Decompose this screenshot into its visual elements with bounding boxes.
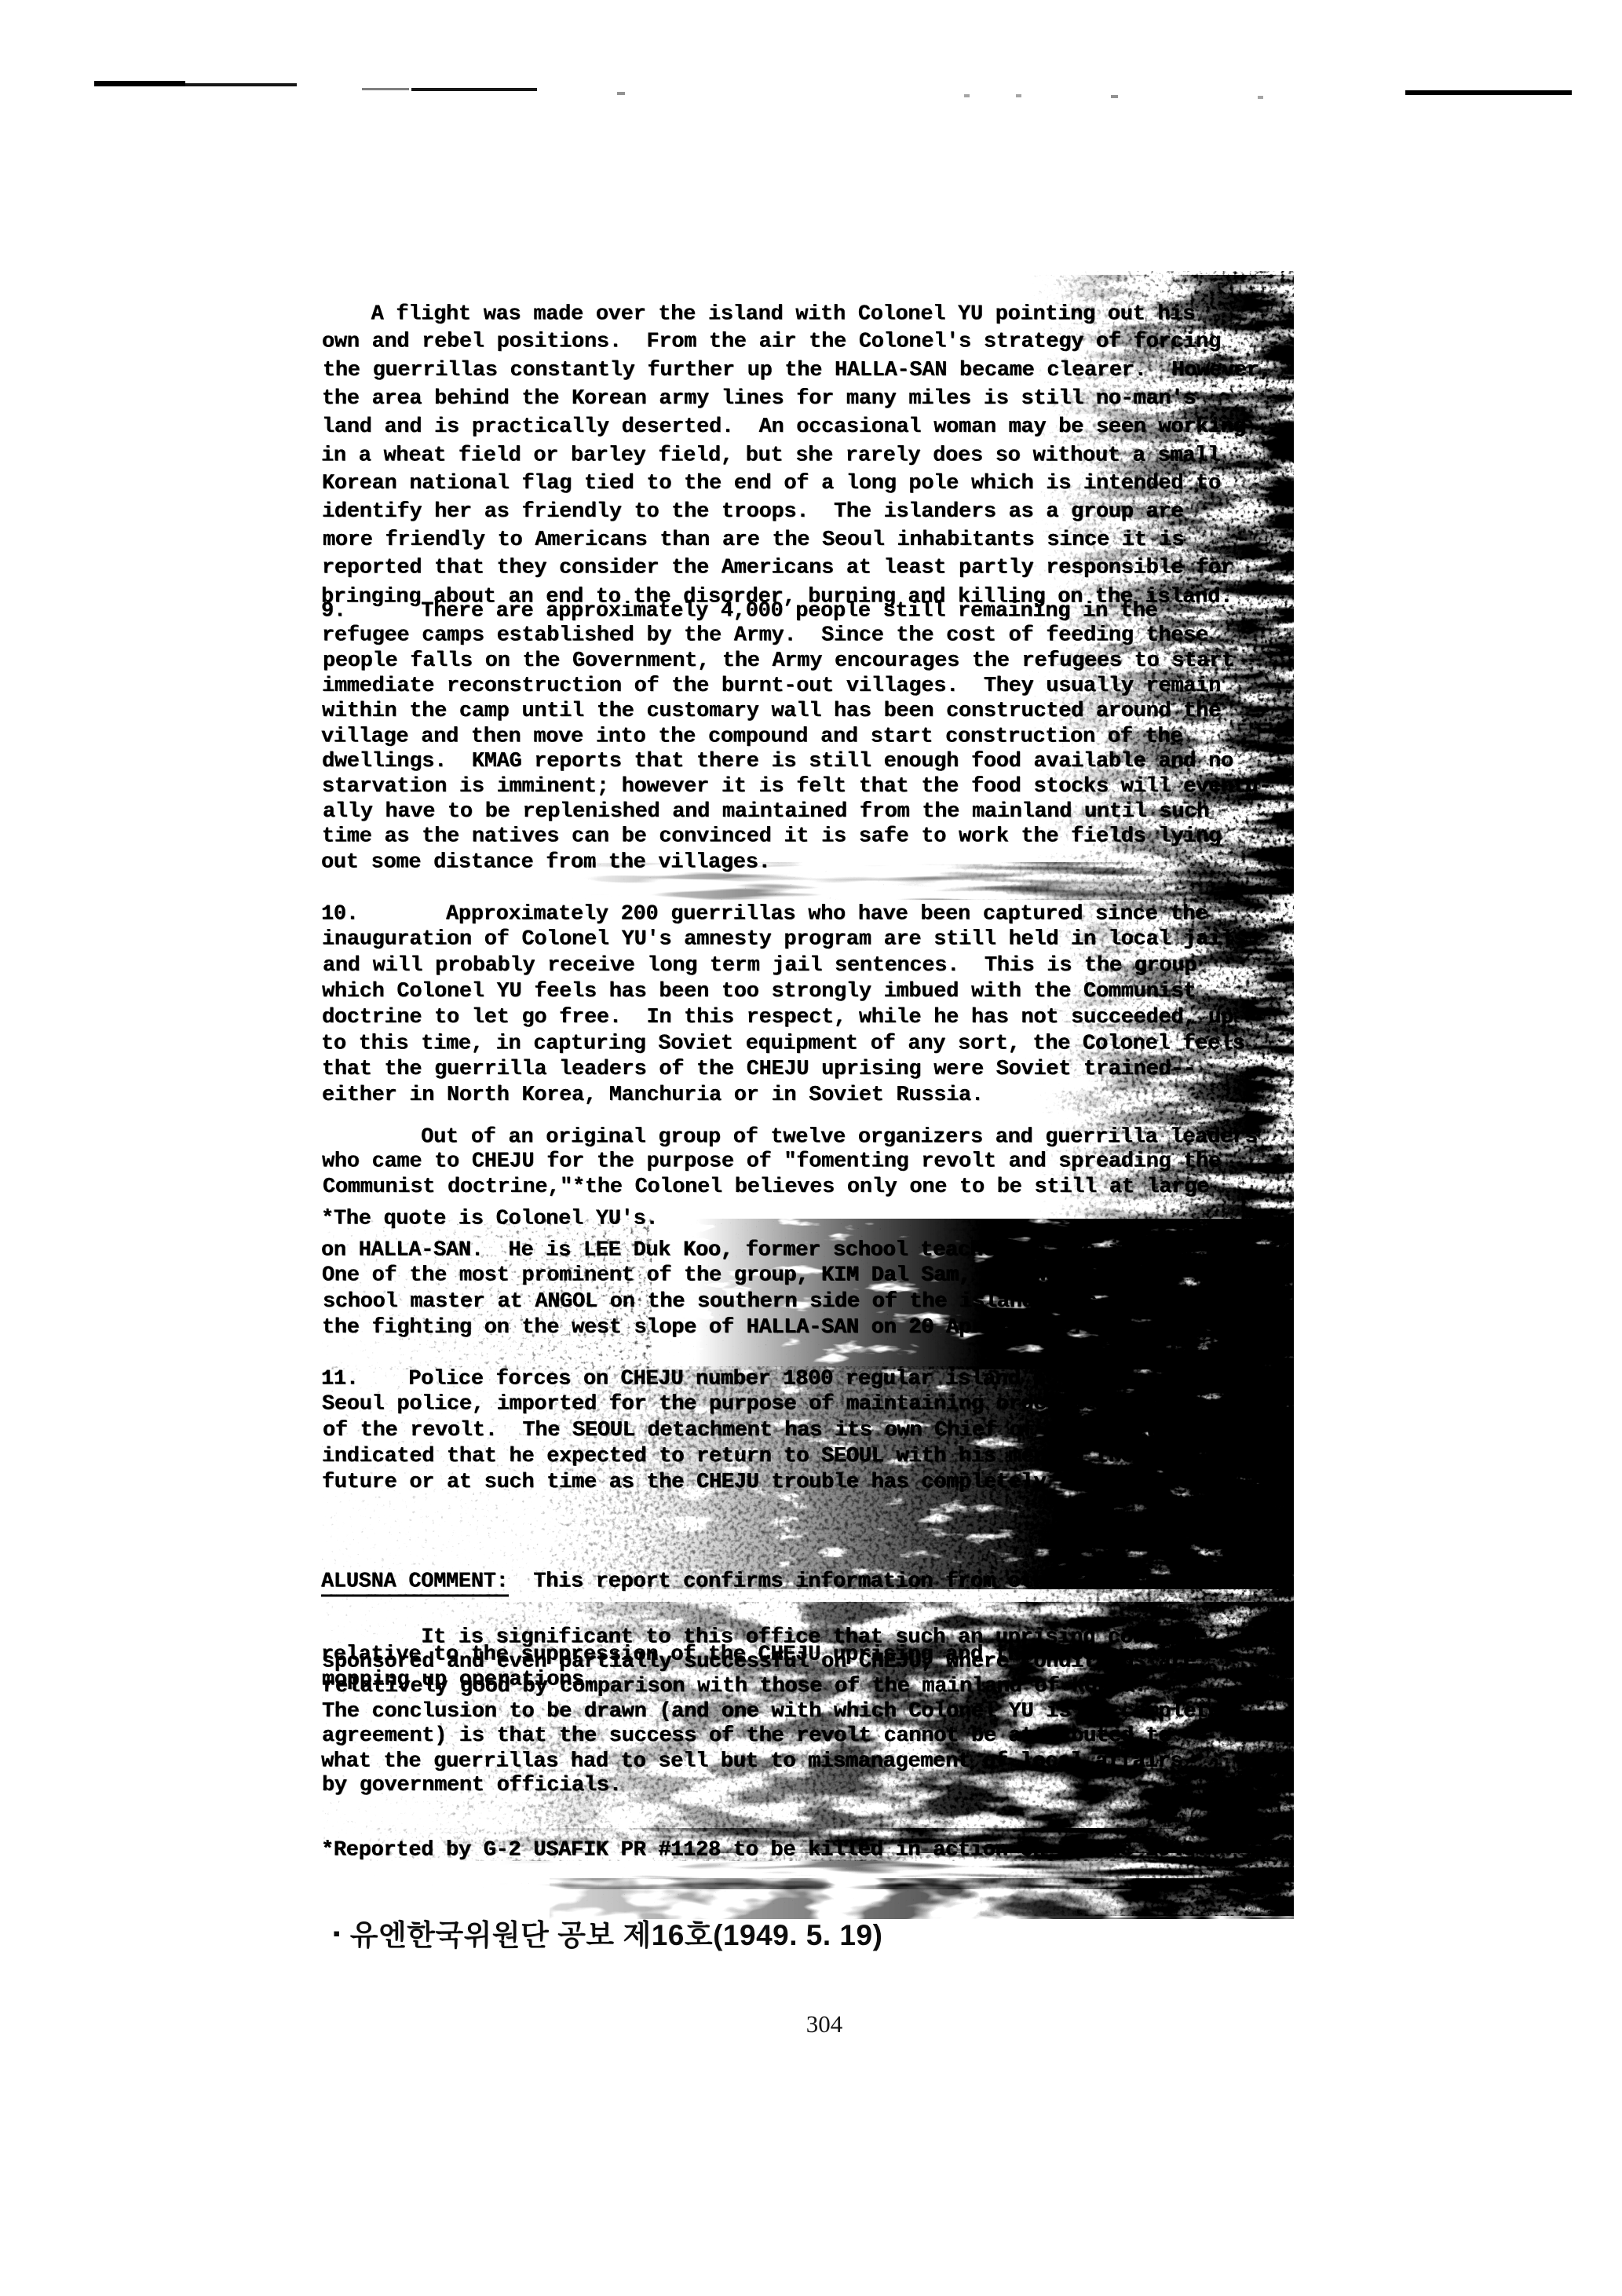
text-line: own and rebel positions. From the air th… <box>322 327 1271 356</box>
text-line: the area behind the Korean army lines fo… <box>322 385 1271 413</box>
text-line: in a wheat field or barley field, but sh… <box>321 441 1270 470</box>
scan-artifact-dash <box>1111 95 1118 98</box>
text-line: people falls on the Government, the Army… <box>323 649 1272 674</box>
text-line: out some distance from the villages. <box>321 850 1270 875</box>
paragraph-9: 9. There are approximately 4,000 people … <box>322 598 1271 875</box>
text-line: village and then move into the compound … <box>321 724 1270 749</box>
paragraph-10: 10. Approximately 200 guerrillas who hav… <box>322 901 1246 1109</box>
text-line: ALUSNA COMMENT: This report confirms inf… <box>321 1569 1170 1595</box>
text-line: Korean national flag tied to the end of … <box>322 470 1271 498</box>
text-line: doctrine to let go free. In this respect… <box>322 1005 1246 1031</box>
paragraph-obscured: on HALLA-SAN. He is LEE Duk Koo, former … <box>322 1238 1221 1341</box>
text-line: school master at ANGOL on the southern s… <box>323 1289 1222 1315</box>
text-line: reported that they consider the American… <box>322 554 1271 582</box>
text-line: and will probably receive long term jail… <box>323 953 1247 979</box>
text-line: either in North Korea, Manchuria or in S… <box>322 1083 1246 1109</box>
text-line: Out of an original group of twelve organ… <box>321 1124 1258 1150</box>
scan-artifact-dash <box>362 88 409 90</box>
text-line: 9. There are approximately 4,000 people … <box>321 598 1270 623</box>
scan-artifact-dash <box>1016 94 1021 97</box>
text-line: who came to CHEJU for the purpose of "fo… <box>322 1149 1259 1174</box>
text-line: A flight was made over the island with C… <box>321 300 1270 328</box>
source-caption: ▪유엔한국위원단 공보 제16호(1949. 5. 19) <box>333 1911 882 1954</box>
text-line: refugee camps established by the Army. S… <box>322 623 1271 648</box>
text-line: starvation is imminent; however it is fe… <box>322 774 1271 799</box>
text-line: relatively good by comparison with those… <box>323 1675 1222 1700</box>
text-line: which Colonel YU feels has been too stro… <box>322 979 1246 1005</box>
text-line: *The quote is Colonel YU's. <box>321 1206 658 1231</box>
footnote-quote: *The quote is Colonel YU's. <box>322 1206 659 1231</box>
footnote-reported: *Reported by G-2 USAFIK PR #1128 to be k… <box>322 1837 1208 1863</box>
text-line: Seoul police, imported for the purpose o… <box>322 1391 1208 1417</box>
scan-artifact-dash <box>94 81 185 86</box>
text-line: within the camp until the customary wall… <box>322 699 1271 724</box>
text-line: immediate reconstruction of the burnt-ou… <box>322 674 1271 699</box>
text-line: what the guerrillas had to sell but to m… <box>321 1749 1220 1775</box>
scan-artifact-dash <box>411 88 537 91</box>
text-line: to this time, in capturing Soviet equipm… <box>321 1031 1245 1057</box>
scan-artifact-dash <box>964 94 970 97</box>
text-line: future or at such time as the CHEJU trou… <box>322 1470 1208 1496</box>
source-caption-text: 유엔한국위원단 공보 제16호(1949. 5. 19) <box>350 1919 883 1951</box>
text-line: One of the most prominent of the group, … <box>322 1263 1221 1289</box>
scan-artifact-dash <box>617 92 625 95</box>
text-line: that the guerrilla leaders of the CHEJU … <box>322 1057 1246 1083</box>
paragraph-flight: A flight was made over the island with C… <box>322 300 1271 611</box>
text-line: on HALLA-SAN. He is LEE Duk Koo, former … <box>321 1238 1220 1263</box>
text-line: indicated that he expected to return to … <box>322 1444 1208 1470</box>
text-line: dwellings. KMAG reports that there is st… <box>322 749 1271 774</box>
text-line: time as the natives can be convinced it … <box>322 824 1271 849</box>
text-line: of the revolt. The SEOUL detachment has … <box>323 1418 1209 1444</box>
scan-artifact-dash <box>1258 96 1263 99</box>
scan-artifact-dash <box>185 83 297 86</box>
text-line: the guerrillas constantly further up the… <box>323 356 1272 385</box>
paragraph-out-of: Out of an original group of twelve organ… <box>322 1124 1259 1200</box>
square-bullet-icon: ▪ <box>333 1921 341 1946</box>
text-line: It is significant to this office that su… <box>321 1625 1220 1651</box>
comment-label: ALUSNA COMMENT: <box>321 1570 509 1596</box>
text-line: 11. Police forces on CHEJU number 1800 r… <box>321 1366 1207 1392</box>
text-line: land and is practically deserted. An occ… <box>322 413 1271 441</box>
comment-label-rest: This report confirms information from ot… <box>509 1570 1171 1593</box>
text-line: ally have to be replenished and maintain… <box>323 799 1272 824</box>
paragraph-significant: It is significant to this office that su… <box>322 1625 1221 1799</box>
text-line: the fighting on the west slope of HALLA-… <box>322 1315 1221 1341</box>
text-line: more friendly to Americans than are the … <box>323 526 1272 554</box>
text-line: agreement) is that the success of the re… <box>322 1724 1221 1749</box>
text-line: by government officials. <box>322 1774 1221 1799</box>
text-line: inauguration of Colonel YU's amnesty pro… <box>322 927 1246 952</box>
text-line: sponsored and even partially successful … <box>322 1650 1221 1675</box>
text-line: 10. Approximately 200 guerrillas who hav… <box>321 901 1245 927</box>
text-line: *Reported by G-2 USAFIK PR #1128 to be k… <box>321 1837 1207 1863</box>
scan-artifact-dash <box>1405 90 1572 95</box>
paragraph-11: 11. Police forces on CHEJU number 1800 r… <box>322 1366 1208 1496</box>
text-line: Communist doctrine,"*the Colonel believe… <box>323 1175 1259 1200</box>
scanned-document-page: A flight was made over the island with C… <box>0 0 1622 2296</box>
text-line: identify her as friendly to the troops. … <box>322 498 1271 526</box>
page-number: 304 <box>765 2010 883 2038</box>
text-line: The conclusion to be drawn (and one with… <box>322 1700 1221 1725</box>
